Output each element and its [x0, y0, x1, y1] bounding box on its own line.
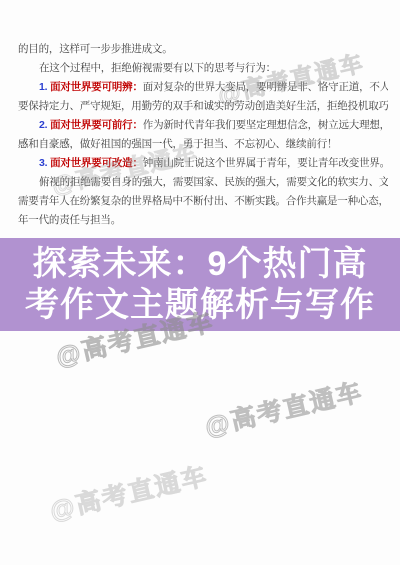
document-line: 年一代的责任与担当。	[18, 211, 388, 230]
document-line: 俯视的拒绝需要自身的强大，需要国家、民族的强大，需要文化的软实力、文化的自信做保…	[18, 173, 388, 192]
document-line: 2. 面对世界要可前行：作为新时代青年我们要坚定理想信念，树立远大理想，增强责任…	[18, 116, 388, 135]
document-line: 3. 面对世界要可改造：钟南山院士说这个世界属于青年，要让青年改变世界。	[18, 154, 388, 173]
line-text: 感和自豪感，做好祖国的强国一代，勇于担当、不忘初心、继续前行！	[18, 138, 337, 150]
list-number: 3.	[39, 157, 50, 169]
highlighted-lead-in: 面对世界要可明辨：	[50, 81, 143, 93]
document-line: 在这个过程中，拒绝俯视需要有以下的思考与行为：	[18, 59, 388, 78]
document-line: 的目的，这样可一步步推进成文。	[18, 40, 388, 59]
line-text: 需要青年人在纷繁复杂的世界格局中不断付出、不断实践。合作共赢是一种心态，是一种态…	[18, 195, 388, 207]
line-text: 作为新时代青年我们要坚定理想信念，树立远大理想，增强责任感、使命	[143, 119, 388, 131]
list-number: 2.	[39, 119, 50, 131]
watermark: @高考直通车	[46, 456, 211, 527]
page-title-line1: 探索未来：9个热门高	[33, 244, 368, 285]
line-text: 的目的，这样可一步步推进成文。	[18, 43, 173, 55]
article-page: 的目的，这样可一步步推进成文。在这个过程中，拒绝俯视需要有以下的思考与行为：1.…	[0, 0, 400, 565]
highlighted-lead-in: 面对世界要可前行：	[50, 119, 143, 131]
document-line: 感和自豪感，做好祖国的强国一代，勇于担当、不忘初心、继续前行！	[18, 135, 388, 154]
document-line: 要保持定力、严守规矩，用勤劳的双手和诚实的劳动创造美好生活，拒绝投机取巧、远离自…	[18, 97, 388, 116]
document-line: 需要青年人在纷繁复杂的世界格局中不断付出、不断实践。合作共赢是一种心态，是一种态…	[18, 192, 388, 211]
line-text: 俯视的拒绝需要自身的强大，需要国家、民族的强大，需要文化的软实力、文化的自信做保…	[39, 176, 388, 188]
list-number: 1.	[39, 81, 50, 93]
document-text-block: 的目的，这样可一步步推进成文。在这个过程中，拒绝俯视需要有以下的思考与行为：1.…	[18, 40, 388, 230]
line-text: 在这个过程中，拒绝俯视需要有以下的思考与行为：	[39, 62, 276, 74]
line-text: 面对复杂的世界大变局，要明辨是非、恪守正道，不人云亦云、盲目跟风。	[143, 81, 388, 93]
title-banner: 探索未来：9个热门高 考作文主题解析与写作	[0, 238, 400, 331]
page-title-line2: 考作文主题解析与写作	[25, 285, 375, 326]
line-text: 要保持定力、严守规矩，用勤劳的双手和诚实的劳动创造美好生活，拒绝投机取巧、远离自…	[18, 100, 388, 112]
document-line: 1. 面对世界要可明辨：面对复杂的世界大变局，要明辨是非、恪守正道，不人云亦云、…	[18, 78, 388, 97]
watermark: @高考直通车	[201, 372, 366, 443]
line-text: 钟南山院士说这个世界属于青年，要让青年改变世界。	[143, 157, 388, 169]
highlighted-lead-in: 面对世界要可改造：	[50, 157, 143, 169]
line-text: 年一代的责任与担当。	[18, 214, 121, 226]
